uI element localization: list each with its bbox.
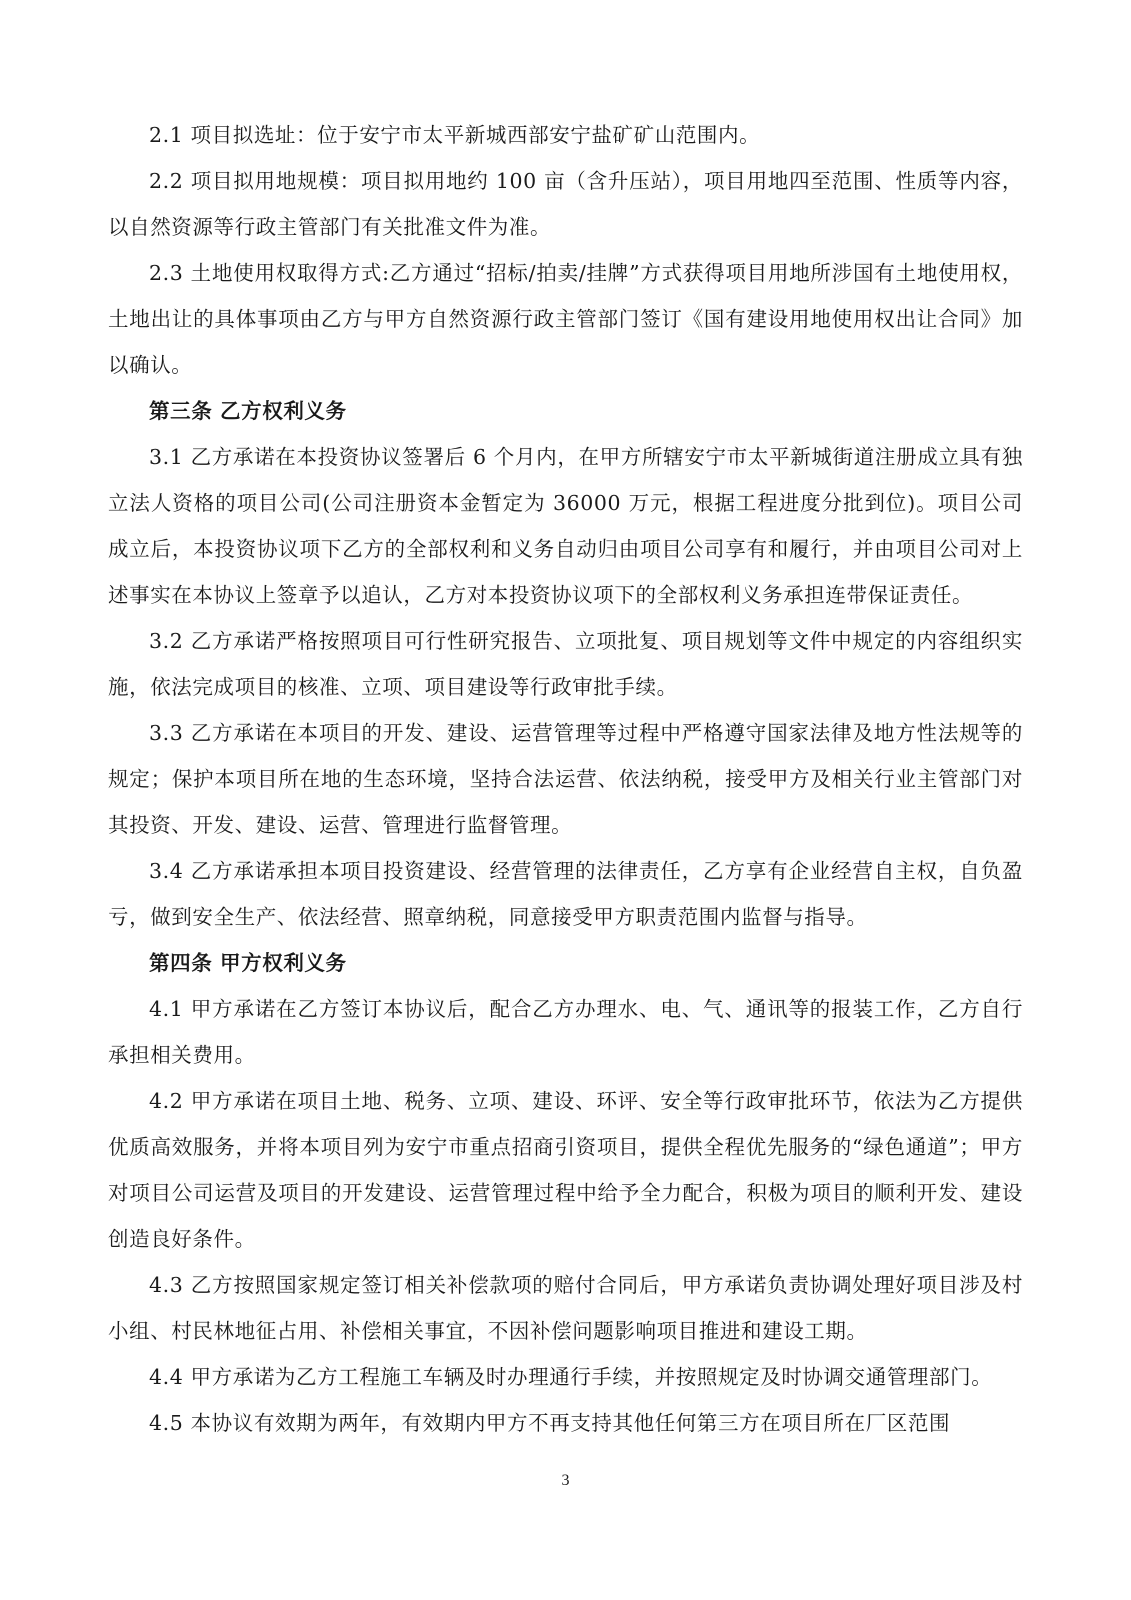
clause-2-2: 2.2 项目拟用地规模：项目拟用地约 100 亩（含升压站），项目用地四至范围、… (108, 158, 1023, 250)
clause-3-2: 3.2 乙方承诺严格按照项目可行性研究报告、立项批复、项目规划等文件中规定的内容… (108, 618, 1023, 710)
clause-4-4: 4.4 甲方承诺为乙方工程施工车辆及时办理通行手续，并按照规定及时协调交通管理部… (108, 1354, 1023, 1400)
page-number: 3 (0, 1472, 1131, 1490)
document-page: 2.1 项目拟选址：位于安宁市太平新城西部安宁盐矿矿山范围内。 2.2 项目拟用… (108, 112, 1023, 1446)
clause-3-4: 3.4 乙方承诺承担本项目投资建设、经营管理的法律责任，乙方享有企业经营自主权，… (108, 848, 1023, 940)
article-3-heading: 第三条 乙方权利义务 (108, 388, 1023, 434)
clause-3-1: 3.1 乙方承诺在本投资协议签署后 6 个月内，在甲方所辖安宁市太平新城街道注册… (108, 434, 1023, 618)
clause-2-3: 2.3 土地使用权取得方式:乙方通过“招标/拍卖/挂牌”方式获得项目用地所涉国有… (108, 250, 1023, 388)
clause-4-3: 4.3 乙方按照国家规定签订相关补偿款项的赔付合同后，甲方承诺负责协调处理好项目… (108, 1262, 1023, 1354)
clause-4-2: 4.2 甲方承诺在项目土地、税务、立项、建设、环评、安全等行政审批环节，依法为乙… (108, 1078, 1023, 1262)
clause-3-3: 3.3 乙方承诺在本项目的开发、建设、运营管理等过程中严格遵守国家法律及地方性法… (108, 710, 1023, 848)
clause-4-1: 4.1 甲方承诺在乙方签订本协议后，配合乙方办理水、电、气、通讯等的报装工作，乙… (108, 986, 1023, 1078)
clause-2-1: 2.1 项目拟选址：位于安宁市太平新城西部安宁盐矿矿山范围内。 (108, 112, 1023, 158)
clause-4-5: 4.5 本协议有效期为两年，有效期内甲方不再支持其他任何第三方在项目所在厂区范围 (108, 1400, 1023, 1446)
article-4-heading: 第四条 甲方权利义务 (108, 940, 1023, 986)
